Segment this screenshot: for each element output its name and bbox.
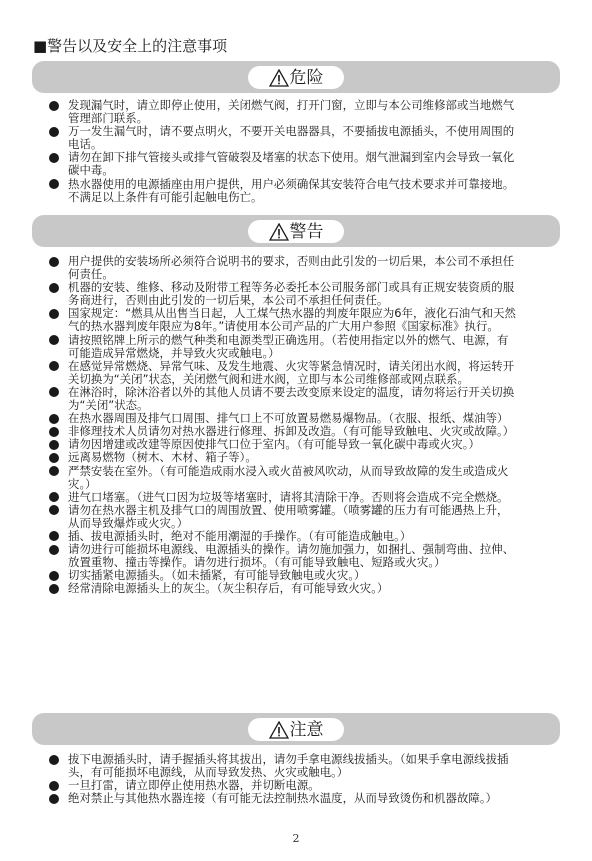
section-title-caution: 注意 [290, 719, 324, 741]
list-item: 热水器使用的电源插座由用户提供，用户必须确保其安装符合电气技术要求并可靠接地。不… [48, 178, 518, 204]
bullet-icon [49, 283, 59, 293]
bullet-icon [49, 781, 59, 791]
bullet-icon [49, 466, 59, 476]
list-item: 万一发生漏气时，请不要点明火，不要开关电器器具，不要插拔电源插头，不使用周围的电… [48, 125, 518, 151]
section-header-warning: 警告 [32, 215, 560, 247]
page-number: 2 [0, 832, 592, 845]
list-item: 请勿进行可能损坏电源线、电源插头的操作。请勿施加强力，如捆扎、强制弯曲、拉伸、放… [48, 543, 518, 569]
bullet-icon [49, 571, 59, 581]
bullet-icon [49, 440, 59, 450]
bullet-icon [49, 531, 59, 541]
bullet-icon [49, 361, 59, 371]
list-item: 用户提供的安装场所必须符合说明书的要求，否则由此引发的一切后果，本公司不承担任何… [48, 255, 518, 281]
bullet-icon [49, 794, 59, 804]
bullet-icon [49, 335, 59, 345]
bullet-icon [49, 453, 59, 463]
warning-triangle-icon [269, 223, 289, 241]
section-pill-danger: 危险 [248, 66, 344, 89]
list-item: 经常清除电源插头上的灰尘。（灰尘积存后，有可能导致火灾。） [48, 582, 518, 595]
bullet-icon [49, 257, 59, 267]
list-item: 拔下电源插头时，请手握插头将其拔出，请勿手拿电源线拔插头。（如果手拿电源线拔插头… [48, 753, 518, 779]
section-header-caution: 注意 [32, 713, 560, 745]
section-pill-caution: 注意 [248, 718, 344, 741]
caution-list: 拔下电源插头时，请手握插头将其拔出，请勿手拿电源线拔插头。（如果手拿电源线拔插头… [48, 753, 518, 805]
bullet-icon [49, 101, 59, 111]
list-item: 绝对禁止与其他热水器连接（有可能无法控制热水温度，从而导致烫伤和机器故障。） [48, 792, 518, 805]
list-item: 在感觉异常燃烧、异常气味、及发生地震、火灾等紧急情况时，请关闭出水阀，将运转开关… [48, 360, 518, 386]
bullet-icon [49, 387, 59, 397]
bullet-icon [49, 153, 59, 163]
section-pill-warning: 警告 [248, 220, 344, 243]
list-item: 国家规定：“燃具从出售当日起，人工煤气热水器的判废年限应为6年，液化石油气和天然… [48, 307, 518, 333]
page-title: ■警告以及安全上的注意事项 [33, 36, 227, 56]
bullet-icon [49, 545, 59, 555]
list-item: 请勿在热水器主机及排气口的周围放置、使用喷雾罐。（喷雾罐的压力有可能遇热上升，从… [48, 504, 518, 530]
danger-list: 发现漏气时，请立即停止使用，关闭燃气阀，打开门窗，立即与本公司维修部或当地燃气管… [48, 99, 518, 204]
warning-triangle-icon [269, 69, 289, 87]
warning-triangle-icon [269, 721, 289, 739]
bullet-icon [49, 414, 59, 424]
section-header-danger: 危险 [32, 61, 560, 93]
list-item: 严禁安装在室外。（有可能造成雨水浸入或火苗被风吹动，从而导致故障的发生或造成火灾… [48, 465, 518, 491]
list-item: 请按照铭牌上所示的燃气种类和电源类型正确选用。（若使用指定以外的燃气、电源，有可… [48, 334, 518, 360]
bullet-icon [49, 309, 59, 319]
bullet-icon [49, 584, 59, 594]
section-title-warning: 警告 [290, 221, 324, 243]
bullet-icon [49, 127, 59, 137]
list-item: 发现漏气时，请立即停止使用，关闭燃气阀，打开门窗，立即与本公司维修部或当地燃气管… [48, 99, 518, 125]
list-item: 在淋浴时，除沐浴者以外的其他人员请不要去改变原来设定的温度，请勿将运行开关切换为… [48, 386, 518, 412]
bullet-icon [49, 179, 59, 189]
section-title-danger: 危险 [290, 67, 324, 89]
warning-list: 用户提供的安装场所必须符合说明书的要求，否则由此引发的一切后果，本公司不承担任何… [48, 255, 518, 595]
bullet-icon [49, 505, 59, 515]
manual-page: ■警告以及安全上的注意事项 危险 发现漏气时，请立即停止使用，关闭燃气阀，打开门… [0, 0, 592, 861]
bullet-icon [49, 755, 59, 765]
bullet-icon [49, 492, 59, 502]
list-item: 机器的安装、维修、移动及附带工程等务必委托本公司服务部门或具有正规安装资质的服务… [48, 281, 518, 307]
bullet-icon [49, 427, 59, 437]
list-item: 请勿在卸下排气管接头或排气管破裂及堵塞的状态下使用。烟气泄漏到室内会导致一氧化碳… [48, 151, 518, 177]
